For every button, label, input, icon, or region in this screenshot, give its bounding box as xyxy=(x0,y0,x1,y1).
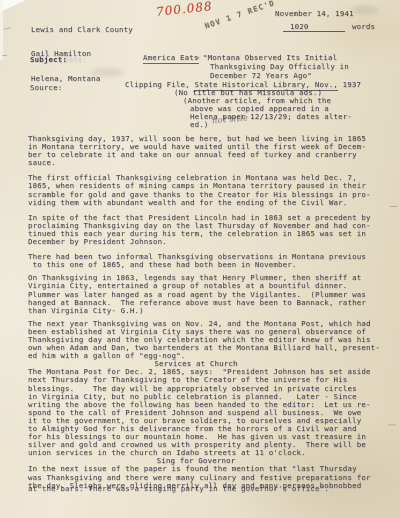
pencil-mark xyxy=(388,424,396,426)
overtyped-lines: the day. Sleighs were gliding merrily al… xyxy=(28,482,388,495)
document-page: Lewis and Clark County Gail Hamilton Hel… xyxy=(0,0,400,518)
date: November 14, 1941 xyxy=(275,10,354,18)
word-count: 1020 xyxy=(283,23,345,32)
paragraph-1: Thanksgiving day, 1937, will soon be her… xyxy=(28,135,388,167)
series-title: America Eats xyxy=(143,54,199,64)
paragraph-6: The next year Thanksgiving was on Nov. 2… xyxy=(28,320,388,360)
paragraph-7: The Montana Post for Dec. 2, 1865, says:… xyxy=(28,368,388,457)
source-line-suffix: 1937 xyxy=(338,80,361,89)
words-label: words xyxy=(352,22,375,31)
paper-edge xyxy=(0,0,3,60)
received-stamp: NOV 1 7 REC'D xyxy=(204,0,277,31)
subject-dash: - xyxy=(196,54,201,62)
paragraph-5: On Thanksgiving in 1863, legends say tha… xyxy=(28,274,388,314)
smudge xyxy=(352,6,378,14)
subject-title-line-3: December 72 Years Ago" xyxy=(210,72,312,80)
paragraph-8: In the next issue of the paper is found … xyxy=(28,465,388,481)
pencil-mark xyxy=(2,55,7,56)
paragraph-3: In spite of the fact that President Linc… xyxy=(28,214,388,246)
byline-city: Helena, Montana xyxy=(31,75,133,83)
paragraph-4: There had been two informal Thanksgiving… xyxy=(28,253,388,269)
handwritten-note: not title xyxy=(212,113,249,125)
file-number-handwriting: 700.088 xyxy=(155,0,213,19)
word-count-row: 1020words xyxy=(283,23,375,32)
byline-county: Lewis and Clark County xyxy=(31,26,133,34)
source-note-5: ed.) xyxy=(190,121,209,129)
subject-title-line-2: Thanksgiving Day Officially in xyxy=(210,63,349,71)
article-body: Thanksgiving day, 1937, will soon be her… xyxy=(28,135,388,495)
paragraph-2: The first official Thanksgiving celebrat… xyxy=(28,174,388,206)
scan-corner xyxy=(0,0,26,12)
subject-erased-text: Eats: xyxy=(64,56,87,64)
pencil-mark xyxy=(4,27,11,30)
subject-title-line-1: "Montana Observed Its Initial xyxy=(203,54,337,62)
overtyped-line-b: at the bars. There was a singing party i… xyxy=(28,485,329,493)
pencil-mark xyxy=(390,206,397,207)
source-label: Source: xyxy=(30,84,62,92)
subject-label: Subject: xyxy=(30,56,67,64)
